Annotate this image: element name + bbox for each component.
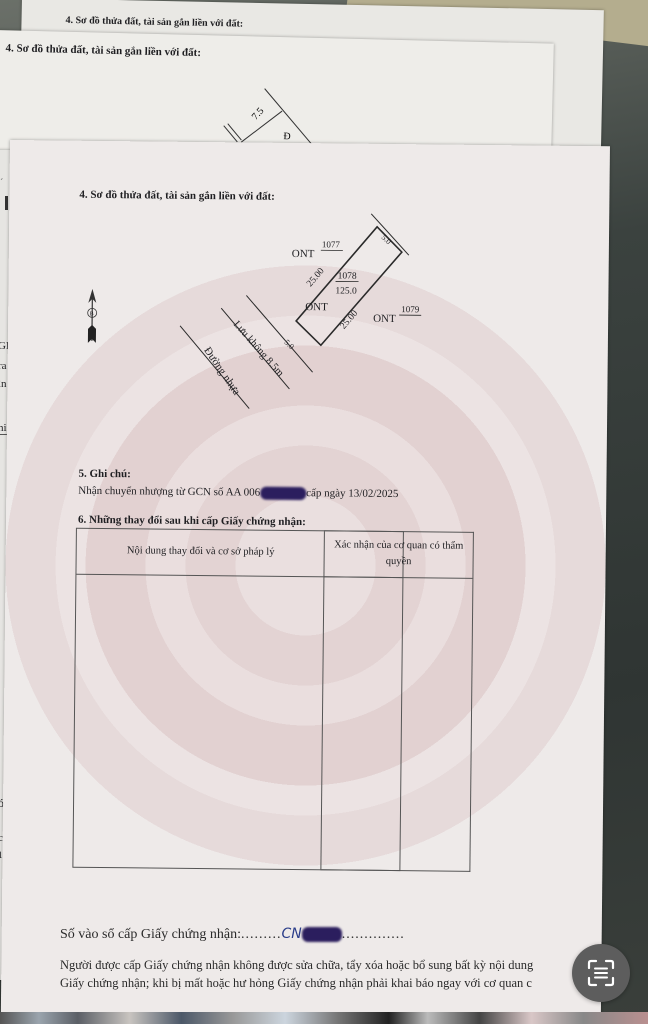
left-fragment-0: ˊ xyxy=(0,178,3,189)
note-prefix: Nhận chuyển nhượng từ GCN số AA 006 xyxy=(78,485,260,499)
land-plot-map: B ONT 1077 1078 125.0 ONT ONT 1079 5.0 2… xyxy=(7,140,610,476)
registry-number-line: Số vào sổ cấp Giấy chứng nhận:.........C… xyxy=(60,926,405,943)
background-page-b-dimension: 7.5 xyxy=(250,106,267,123)
registry-handwritten: CN xyxy=(282,926,302,942)
registry-label: Số vào sổ cấp Giấy chứng nhận: xyxy=(60,927,241,942)
warning-line-2: Giấy chứng nhận; khi bị mất hoặc hư hỏng… xyxy=(60,974,648,992)
note-suffix: cấp ngày 13/02/2025 xyxy=(306,487,398,500)
compass-label: B xyxy=(90,311,94,317)
dimension-top-width: 5.0 xyxy=(380,233,393,246)
parcel-1077-type: ONT xyxy=(292,248,315,260)
section6-title: 6. Những thay đổi sau khi cấp Giấy chứng… xyxy=(78,514,306,528)
certificate-page: 4. Sơ đồ thửa đất, tài sản gắn liền với … xyxy=(1,140,610,1024)
changes-table-right: Xác nhận của cơ quan có thẩm quyền xyxy=(320,530,474,872)
column-header-authority-confirmation: Xác nhận của cơ quan có thẩm quyền xyxy=(328,537,470,570)
certificate-warning: Người được cấp Giấy chứng nhận không đượ… xyxy=(60,956,648,992)
changes-table-column-divider xyxy=(73,529,325,870)
parcel-1079-type: ONT xyxy=(373,313,396,325)
dimension-left-length: 25.00 xyxy=(305,266,327,289)
setback-label: Lưu không 8.5m xyxy=(231,319,286,379)
registry-dots-trailing: .............. xyxy=(342,927,405,942)
registry-redaction-mark xyxy=(302,927,342,942)
left-fragment-mark xyxy=(5,196,8,210)
background-page-b-heading: 4. Sơ đồ thửa đất, tài sản gắn liền với … xyxy=(5,42,201,59)
column-header-change-content: Nội dung thay đổi và cơ sở pháp lý xyxy=(77,543,325,562)
text-scan-icon xyxy=(586,958,616,988)
section5-note: Nhận chuyển nhượng từ GCN số AA 006cấp n… xyxy=(78,485,398,501)
background-page-a-heading: 4. Sơ đồ thửa đất, tài sản gắn liền với … xyxy=(65,15,243,30)
photo-thumbnail-strip xyxy=(0,1012,648,1024)
left-fragment-2: ra xyxy=(0,360,7,372)
registry-dots: ......... xyxy=(241,927,282,942)
road-label: Đường nhựa xyxy=(201,345,242,398)
left-fragment-3: ìn xyxy=(0,378,7,390)
section5-title: 5. Ghi chú: xyxy=(78,468,130,481)
parcel-1078-type: ONT xyxy=(305,301,328,313)
parcel-1077-number: 1077 xyxy=(322,239,341,249)
warning-line-1: Người được cấp Giấy chứng nhận không đượ… xyxy=(60,956,648,974)
parcel-1079-number: 1079 xyxy=(401,304,420,314)
left-fragment-4: hi xyxy=(0,422,7,435)
text-scan-button[interactable] xyxy=(572,944,630,1002)
parcel-1078-number: 1078 xyxy=(338,271,357,281)
redaction-mark xyxy=(260,487,306,500)
parcel-1078-area: 125.0 xyxy=(335,286,357,296)
background-page-b-road: Đ xyxy=(283,131,291,142)
dimension-right-length: 25.00 xyxy=(339,309,361,332)
